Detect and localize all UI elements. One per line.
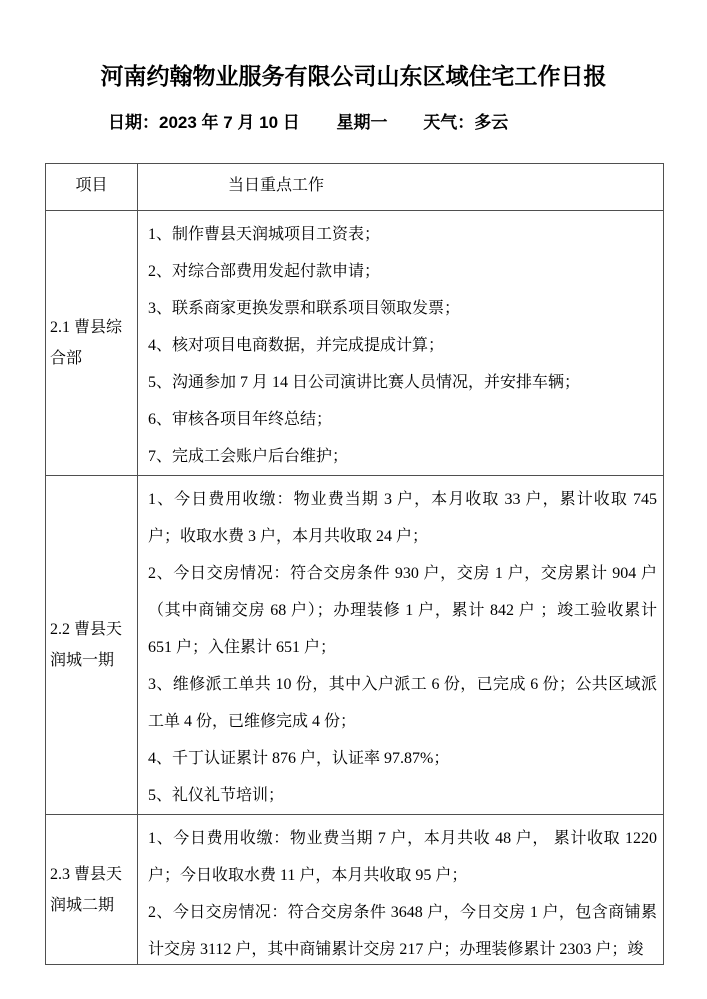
table-body: 2.1 曹县综合部 1、制作曹县天润城项目工资表；2、对综合部费用发起付款申请；… <box>46 211 664 965</box>
project-label: 2.1 曹县综合部 <box>46 211 138 476</box>
table-row: 2.2 曹县天润城一期 1、今日费用收缴：物业费当期 3 户，本月收取 33 户… <box>46 476 664 815</box>
weekday-value: 星期一 <box>337 113 388 132</box>
project-label: 2.3 曹县天润城二期 <box>46 815 138 965</box>
work-items-cell: 1、今日费用收缴：物业费当期 7 户，本月共收 48 户， 累计收取 1220 … <box>138 815 664 965</box>
work-items: 1、制作曹县天润城项目工资表；2、对综合部费用发起付款申请；3、联系商家更换发票… <box>148 216 657 475</box>
work-item: 4、核对项目电商数据，并完成提成计算； <box>148 327 657 364</box>
work-item: 1、今日费用收缴：物业费当期 3 户，本月收取 33 户，累计收取 745 户；… <box>148 481 657 555</box>
project-label: 2.2 曹县天润城一期 <box>46 476 138 815</box>
weather-value: 天气：多云 <box>423 113 508 132</box>
work-item: 4、千丁认证累计 876 户，认证率 97.87%； <box>148 740 657 777</box>
work-item: 3、维修派工单共 10 份，其中入户派工 6 份，已完成 6 份；公共区域派工单… <box>148 666 657 740</box>
work-item: 2、对综合部费用发起付款申请； <box>148 253 657 290</box>
work-item: 3、联系商家更换发票和联系项目领取发票； <box>148 290 657 327</box>
work-item: 7、完成工会账户后台维护； <box>148 438 657 475</box>
header-cell-project: 项目 <box>46 164 138 211</box>
work-item: 2、今日交房情况：符合交房条件 930 户，交房 1 户，交房累计 904 户（… <box>148 555 657 666</box>
document-title: 河南约翰物业服务有限公司山东区域住宅工作日报 <box>0 0 707 90</box>
work-item: 2、今日交房情况：符合交房条件 3648 户，今日交房 1 户，包含商铺累计交房… <box>148 894 657 964</box>
work-item: 5、沟通参加 7 月 14 日公司演讲比赛人员情况，并安排车辆； <box>148 364 657 401</box>
table-header-row: 项目 当日重点工作 <box>46 164 664 211</box>
date-line: 日期：2023 年 7 月 10 日 星期一 天气：多云 <box>0 112 707 134</box>
work-item: 1、今日费用收缴：物业费当期 7 户，本月共收 48 户， 累计收取 1220 … <box>148 820 657 894</box>
work-items: 1、今日费用收缴：物业费当期 3 户，本月收取 33 户，累计收取 745 户；… <box>148 481 657 814</box>
work-item: 5、礼仪礼节培训； <box>148 777 657 814</box>
table-row: 2.1 曹县综合部 1、制作曹县天润城项目工资表；2、对综合部费用发起付款申请；… <box>46 211 664 476</box>
work-items: 1、今日费用收缴：物业费当期 7 户，本月共收 48 户， 累计收取 1220 … <box>148 820 657 964</box>
header-cell-work: 当日重点工作 <box>138 164 664 211</box>
document-page: 河南约翰物业服务有限公司山东区域住宅工作日报 日期：2023 年 7 月 10 … <box>0 0 707 999</box>
work-items-cell: 1、今日费用收缴：物业费当期 3 户，本月收取 33 户，累计收取 745 户；… <box>138 476 664 815</box>
table-row: 2.3 曹县天润城二期 1、今日费用收缴：物业费当期 7 户，本月共收 48 户… <box>46 815 664 965</box>
work-item: 6、审核各项目年终总结； <box>148 401 657 438</box>
work-item: 1、制作曹县天润城项目工资表； <box>148 216 657 253</box>
daily-report-table: 项目 当日重点工作 2.1 曹县综合部 1、制作曹县天润城项目工资表；2、对综合… <box>45 163 664 965</box>
work-items-cell: 1、制作曹县天润城项目工资表；2、对综合部费用发起付款申请；3、联系商家更换发票… <box>138 211 664 476</box>
date-value: 日期：2023 年 7 月 10 日 <box>108 113 300 132</box>
